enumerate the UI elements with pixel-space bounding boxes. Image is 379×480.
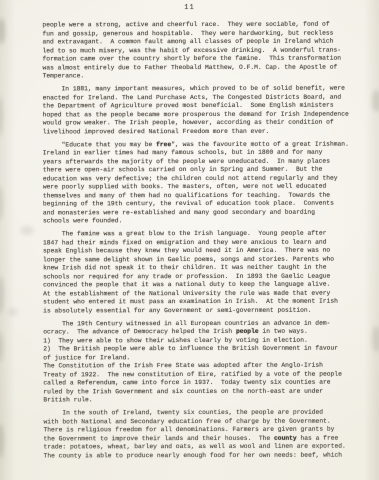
paragraph-south-of-ireland: In the south of Ireland, twenty six coun… [43,409,355,461]
paragraph-irish-language: The famine was a great blow to the Irish… [43,230,355,316]
scan-smudge [372,90,379,112]
scan-smudge [372,326,379,352]
scan-smudge [0,332,3,362]
paragraph-people-character: people were a strong, active and cheerfu… [42,21,354,81]
page-number: 11 [0,4,379,12]
paragraph-democracy-constitution: The 19th Century witnessed in all Europe… [43,319,355,405]
scan-smudge [0,18,5,44]
scan-smudge [0,276,4,314]
paragraph-1881-measures: In 1881, many important measures, which … [43,85,355,137]
paragraph-education: "Educate that you may be free", was the … [43,140,355,226]
scan-smudge [0,424,4,458]
document-body: people were a strong, active and cheerfu… [42,21,355,465]
scan-smudge [0,96,3,136]
scan-smudge [0,186,3,220]
scan-smudge [20,226,34,235]
scan-smudge [8,308,18,316]
scanned-document-page: 11 people were a strong, active and chee… [0,0,379,480]
